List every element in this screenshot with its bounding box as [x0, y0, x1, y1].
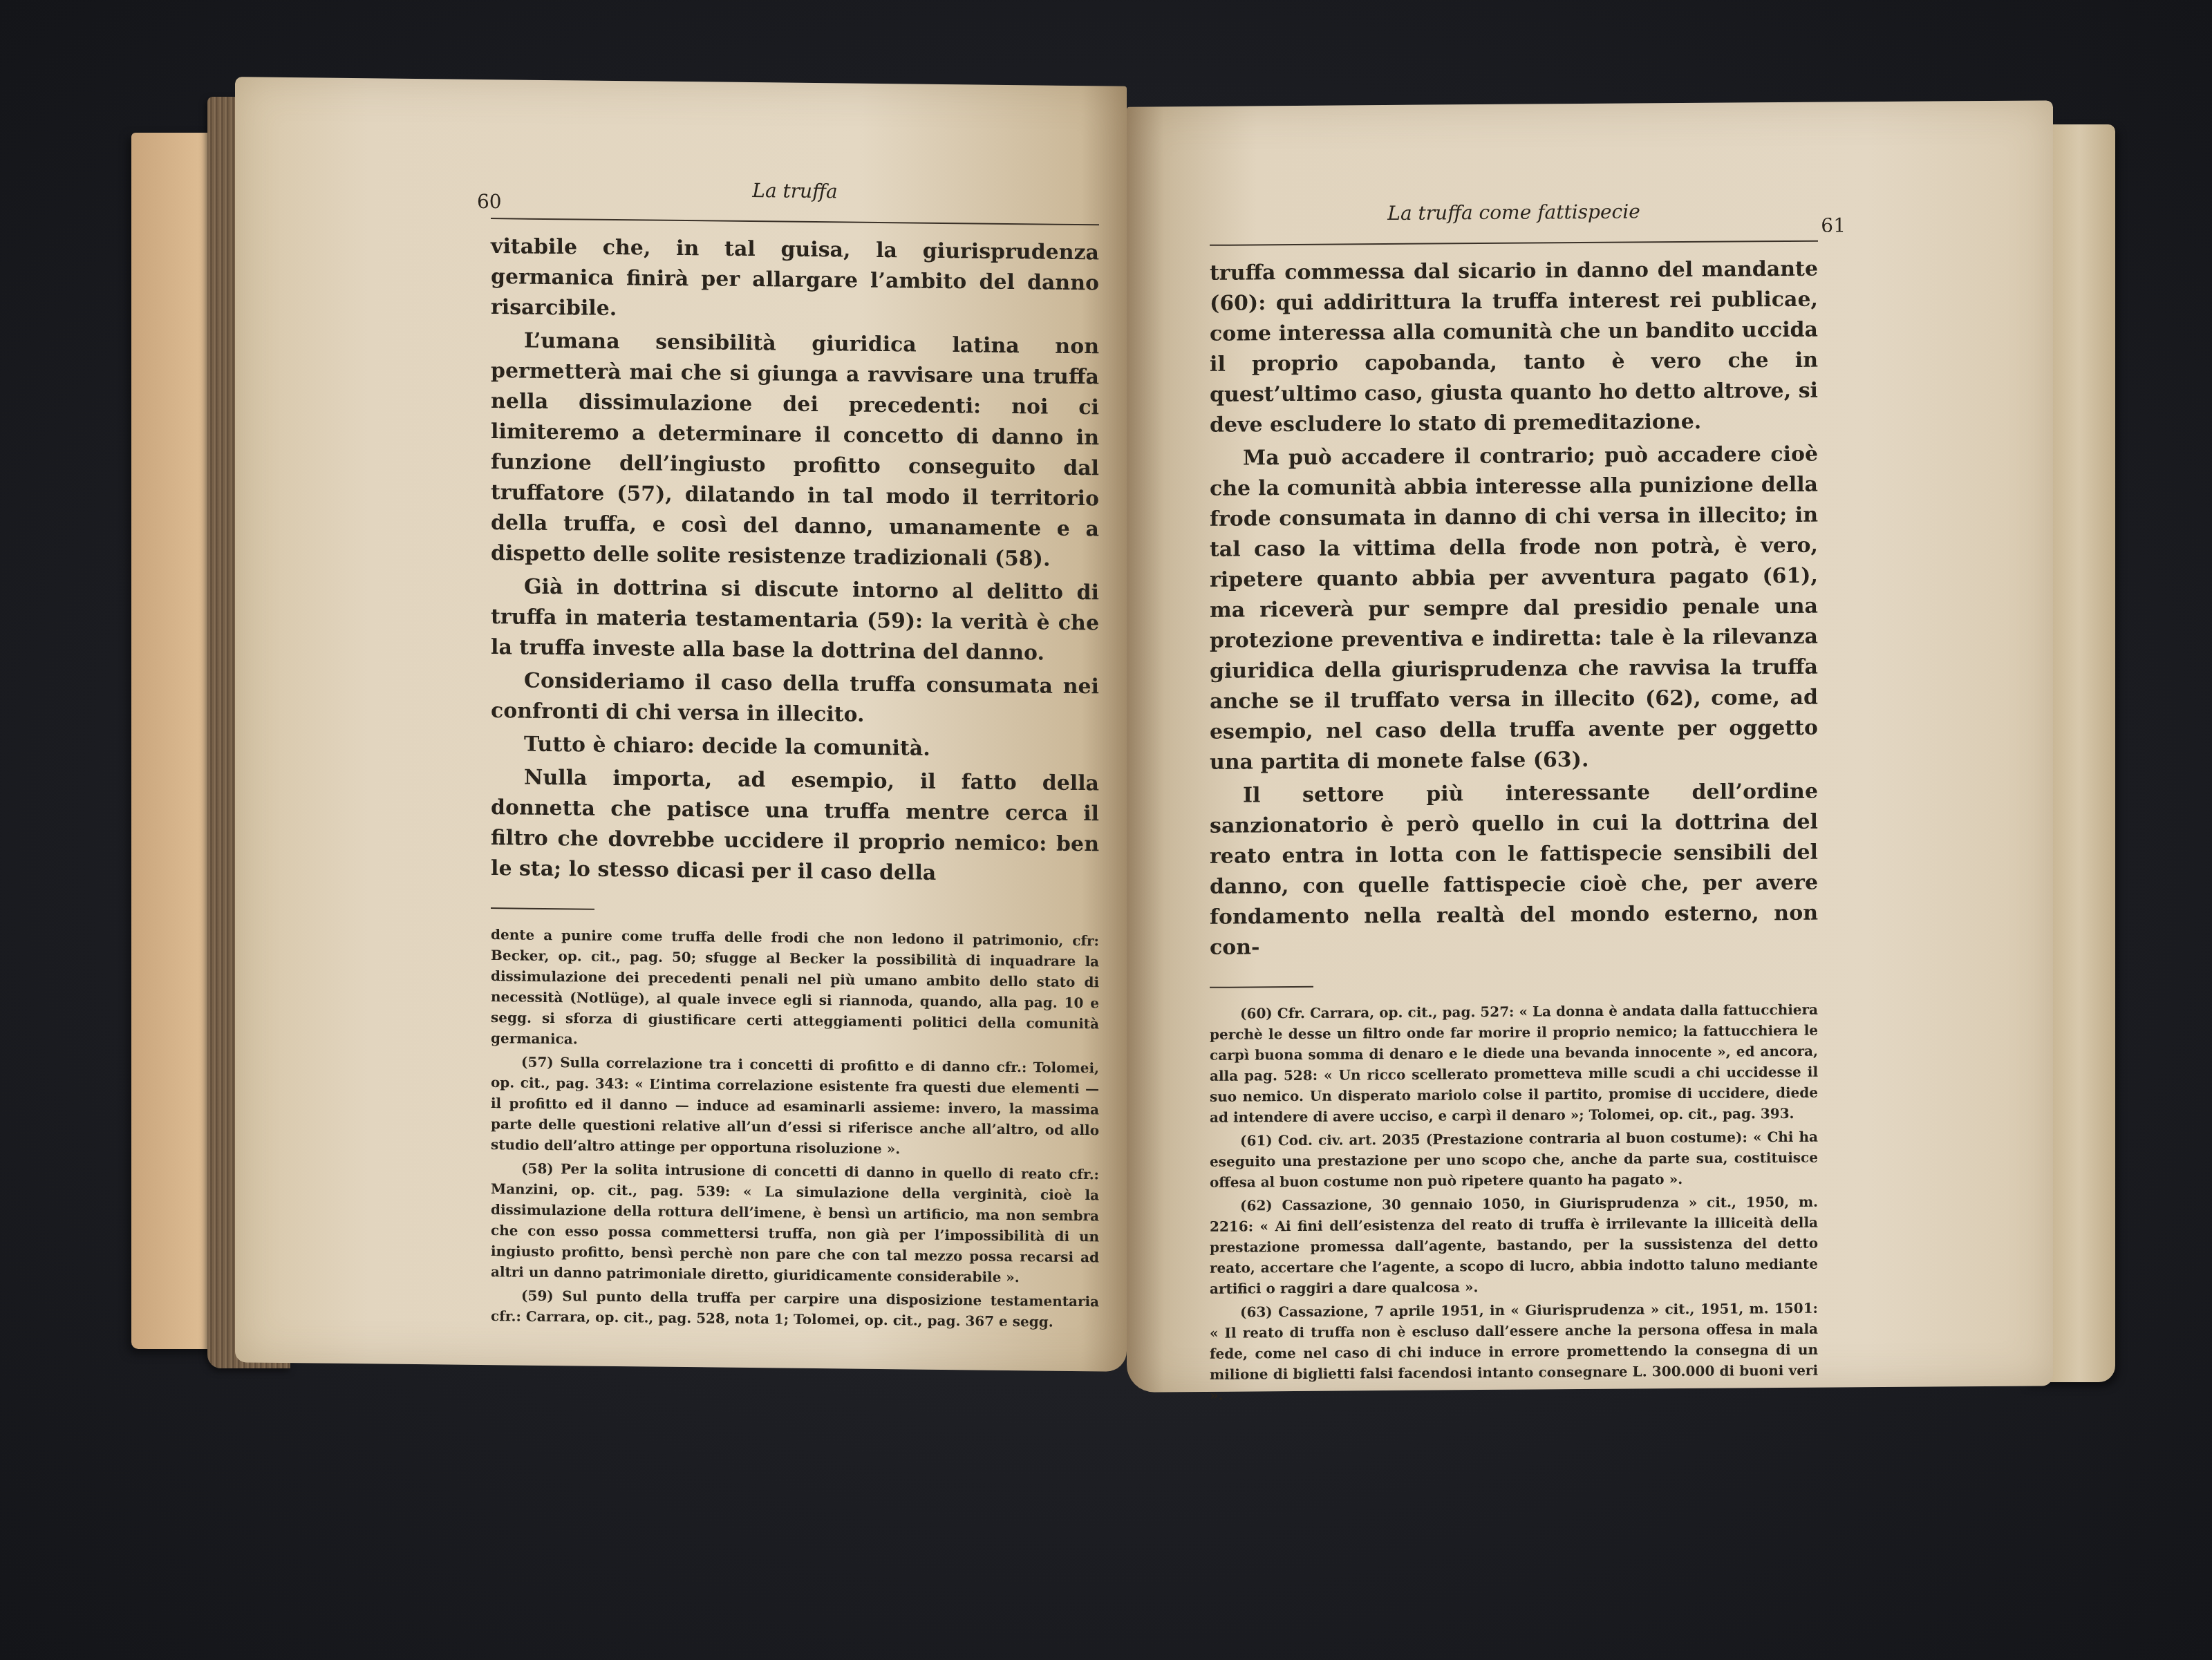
footnote: (63) Cassazione, 7 aprile 1951, in « Giu… [1210, 1298, 1818, 1406]
footnote-rule [1210, 986, 1313, 988]
running-head: 60 La truffa [491, 176, 1099, 225]
paragraph: Tutto è chiaro: decide la comunità. [491, 729, 1099, 766]
paragraph: Il settore più interessante dell’ordine … [1210, 777, 1818, 963]
left-page: 60 La truffa vitabile che, in tal guisa,… [235, 77, 1127, 1372]
paragraph: truffa commessa dal sicario in danno del… [1210, 254, 1818, 441]
footnote: (61) Cod. civ. art. 2035 (Prestazione co… [1210, 1126, 1818, 1193]
body-text: vitabile che, in tal guisa, la giurispru… [491, 232, 1099, 890]
right-page-text: La truffa come fattispecie 61 truffa com… [1210, 199, 1818, 1408]
footnotes: (60) Cfr. Carrara, op. cit., pag. 527: «… [1210, 999, 1818, 1406]
footnote: (62) Cassazione, 30 gennaio 1050, in Giu… [1210, 1191, 1818, 1299]
paragraph: Consideriamo il caso della truffa consum… [491, 666, 1099, 733]
paragraph: Ma può accadere il contrario; può accade… [1210, 440, 1818, 778]
paragraph: L’umana sensibilità giuridica latina non… [491, 326, 1099, 575]
right-page: La truffa come fattispecie 61 truffa com… [1127, 100, 2053, 1392]
footnotes: dente a punire come truffa delle frodi c… [491, 924, 1099, 1332]
footnote: dente a punire come truffa delle frodi c… [491, 924, 1099, 1055]
footnote: (60) Cfr. Carrara, op. cit., pag. 527: «… [1210, 999, 1818, 1128]
body-text: truffa commessa dal sicario in danno del… [1210, 254, 1818, 963]
running-head-title: La truffa come fattispecie [1210, 199, 1818, 226]
page-number: 61 [1821, 214, 1846, 236]
paragraph: Nulla importa, ad esempio, il fatto dell… [491, 762, 1099, 890]
footnote: (59) Sul punto della truffa per carpire … [491, 1285, 1099, 1332]
footnote: (58) Per la solita intrusione di concett… [491, 1158, 1099, 1288]
footnote: (57) Sulla correlazione tra i concetti d… [491, 1051, 1099, 1161]
running-head: La truffa come fattispecie 61 [1210, 199, 1818, 246]
running-head-title: La truffa [491, 176, 1099, 205]
paragraph: Già in dottrina si discute intorno al de… [491, 572, 1099, 669]
paragraph: vitabile che, in tal guisa, la giurispru… [491, 232, 1099, 329]
footnote-rule [491, 907, 594, 910]
left-page-text: 60 La truffa vitabile che, in tal guisa,… [491, 176, 1099, 1335]
